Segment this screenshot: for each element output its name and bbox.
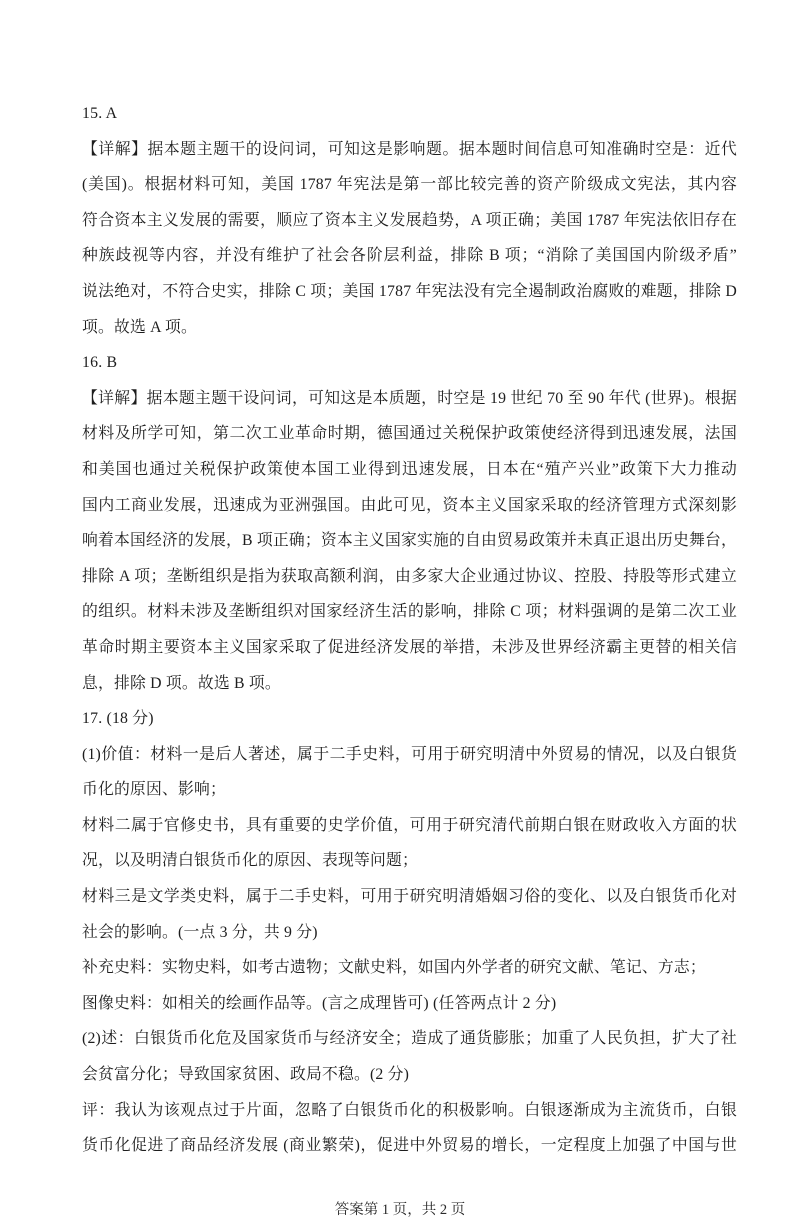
document-line: 17. (18 分) [82, 701, 737, 737]
paragraph-q17-part1-material1: (1)价值：材料一是后人著述，属于二手史料，可用于研究明清中外贸易的情况，以及白… [82, 737, 737, 808]
paragraph-q17-part1-material3: 材料三是文学类史料，属于二手史料，可用于研究明清婚姻习俗的变化、以及白银货币化对… [82, 879, 737, 950]
paragraph-q17-part1-supplement: 补充史料：实物史料，如考古遗物；文献史料，如国内外学者的研究文献、笔记、方志； [82, 950, 737, 986]
document-line: 项。故选 A 项。 [82, 310, 737, 346]
paragraph-q15-analysis: 【详解】据本题主题干的设问词，可知这是影响题。据本题时间信息可知准确时空是：近代… [82, 132, 737, 346]
document-line: (2)述：白银货币化危及国家货币与经济安全；造成了通货膨胀；加重了人民负担，扩大… [82, 1021, 737, 1057]
paragraph-q15-answer: 15. A [82, 96, 737, 132]
document-line: 会贫富分化；导致国家贫困、政局不稳。(2 分) [82, 1057, 737, 1093]
document-line: 社会的影响。(一点 3 分，共 9 分) [82, 915, 737, 951]
paragraph-q17-part2-evaluation: 评：我认为该观点过于片面，忽略了白银货币化的积极影响。白银逐渐成为主流货币，白银… [82, 1093, 737, 1164]
page-number-label: 答案第 1 页，共 2 页 [335, 1202, 466, 1217]
document-line: 货币化促进了商品经济发展 (商业繁荣)，促进中外贸易的增长，一定程度上加强了中国… [82, 1128, 737, 1164]
document-line: 材料三是文学类史料，属于二手史料，可用于研究明清婚姻习俗的变化、以及白银货币化对 [82, 879, 737, 915]
document-line: 16. B [82, 345, 737, 381]
document-line: 材料二属于官修史书，具有重要的史学价值，可用于研究清代前期白银在财政收入方面的状 [82, 808, 737, 844]
document-line: 图像史料：如相关的绘画作品等。(言之成理皆可) (任答两点计 2 分) [82, 986, 737, 1022]
document-line: 评：我认为该观点过于片面，忽略了白银货币化的积极影响。白银逐渐成为主流货币，白银 [82, 1093, 737, 1129]
document-body: 15. A【详解】据本题主题干的设问词，可知这是影响题。据本题时间信息可知准确时… [82, 96, 737, 1164]
paragraph-q16-answer: 16. B [82, 345, 737, 381]
document-line: 革命时期主要资本主义国家采取了促进经济发展的举措，未涉及世界经济霸主更替的相关信 [82, 630, 737, 666]
document-line: 【详解】据本题主题干设问词，可知这是本质题，时空是 19 世纪 70 至 90 … [82, 381, 737, 417]
paragraph-q16-analysis: 【详解】据本题主题干设问词，可知这是本质题，时空是 19 世纪 70 至 90 … [82, 381, 737, 701]
document-line: 和美国也通过关税保护政策使本国工业得到迅速发展，日本在“殖产兴业”政策下大力推动 [82, 452, 737, 488]
paragraph-q17-part1-material2: 材料二属于官修史书，具有重要的史学价值，可用于研究清代前期白银在财政收入方面的状… [82, 808, 737, 879]
paragraph-q17-part2-statement: (2)述：白银货币化危及国家货币与经济安全；造成了通货膨胀；加重了人民负担，扩大… [82, 1021, 737, 1092]
page-footer: 答案第 1 页，共 2 页 [0, 1201, 800, 1217]
document-line: 补充史料：实物史料，如考古遗物；文献史料，如国内外学者的研究文献、笔记、方志； [82, 950, 737, 986]
document-line: 符合资本主义发展的需要，顺应了资本主义发展趋势，A 项正确；美国 1787 年宪… [82, 203, 737, 239]
document-line: (美国)。根据材料可知，美国 1787 年宪法是第一部比较完善的资产阶级成文宪法… [82, 167, 737, 203]
answer-sheet-page: 15. A【详解】据本题主题干的设问词，可知这是影响题。据本题时间信息可知准确时… [0, 0, 800, 1217]
document-line: 响着本国经济的发展，B 项正确；资本主义国家实施的自由贸易政策并未真正退出历史舞… [82, 523, 737, 559]
document-line: 币化的原因、影响； [82, 772, 737, 808]
document-line: 息，排除 D 项。故选 B 项。 [82, 666, 737, 702]
document-line: 材料及所学可知，第二次工业革命时期，德国通过关税保护政策使经济得到迅速发展，法国 [82, 416, 737, 452]
document-line: 说法绝对，不符合史实，排除 C 项；美国 1787 年宪法没有完全遏制政治腐败的… [82, 274, 737, 310]
document-line: 种族歧视等内容，并没有维护了社会各阶层利益，排除 B 项；“消除了美国国内阶级矛… [82, 238, 737, 274]
document-line: 国内工商业发展，迅速成为亚洲强国。由此可见，资本主义国家采取的经济管理方式深刻影 [82, 488, 737, 524]
paragraph-q17-part1-image-sources: 图像史料：如相关的绘画作品等。(言之成理皆可) (任答两点计 2 分) [82, 986, 737, 1022]
document-line: 况，以及明清白银货币化的原因、表现等问题； [82, 843, 737, 879]
document-line: 【详解】据本题主题干的设问词，可知这是影响题。据本题时间信息可知准确时空是：近代 [82, 132, 737, 168]
document-line: 排除 A 项；垄断组织是指为获取高额利润，由多家大企业通过协议、控股、持股等形式… [82, 559, 737, 595]
document-line: (1)价值：材料一是后人著述，属于二手史料，可用于研究明清中外贸易的情况，以及白… [82, 737, 737, 773]
paragraph-q17-header: 17. (18 分) [82, 701, 737, 737]
document-line: 的组织。材料未涉及垄断组织对国家经济生活的影响，排除 C 项；材料强调的是第二次… [82, 594, 737, 630]
document-line: 15. A [82, 96, 737, 132]
